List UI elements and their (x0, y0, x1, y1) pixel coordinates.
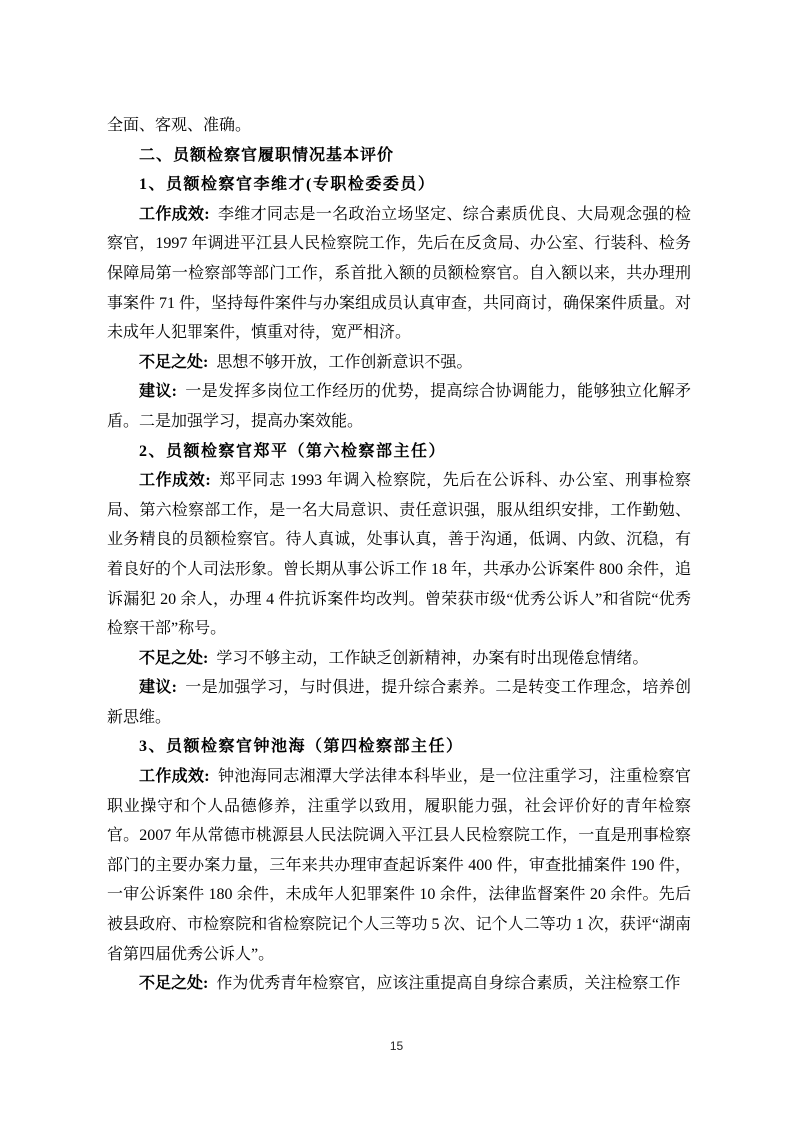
paragraph-label: 建议: (139, 383, 177, 400)
paragraph-label: 建议: (139, 679, 177, 696)
paragraph-label: 工作成效: (139, 206, 210, 223)
paragraph-prosecutor-2-suggestions: 建议:一是加强学习，与时俱进，提升综合素养。二是转变工作理念，培养创新思维。 (107, 673, 691, 732)
paragraph-prosecutor-2-shortcomings: 不足之处:学习不够主动，工作缺乏创新精神，办案有时出现倦怠情绪。 (107, 644, 691, 674)
section-heading-2: 二、员额检察官履职情况基本评价 (107, 141, 691, 171)
paragraph-text: 学习不够主动，工作缺乏创新精神，办案有时出现倦怠情绪。 (216, 650, 648, 667)
paragraph-prosecutor-1-shortcomings: 不足之处:思想不够开放，工作创新意识不强。 (107, 348, 691, 378)
page-number: 15 (0, 1039, 793, 1053)
paragraph-text: 思想不够开放，工作创新意识不强。 (216, 354, 472, 371)
paragraph-text: 钟池海同志湘潭大学法律本科毕业，是一位注重学习，注重检察官职业操守和个人品德修养… (107, 768, 691, 963)
paragraph-text: 作为优秀青年检察官，应该注重提高自身综合素质，关注检察工作 (216, 975, 680, 992)
paragraph-text: 郑平同志 1993 年调入检察院，先后在公诉科、办公室、刑事检察局、第六检察部工… (107, 472, 691, 637)
paragraph-continuation: 全面、客观、准确。 (107, 111, 691, 141)
paragraph-label: 工作成效: (139, 472, 211, 489)
item-heading-prosecutor-2: 2、员额检察官郑平（第六检察部主任） (107, 437, 691, 467)
document-page: 全面、客观、准确。 二、员额检察官履职情况基本评价 1、员额检察官李维才(专职检… (0, 0, 793, 1122)
paragraph-prosecutor-1-achievements: 工作成效:李维才同志是一名政治立场坚定、综合素质优良、大局观念强的检察官，199… (107, 200, 691, 348)
paragraph-label: 不足之处: (139, 650, 208, 667)
paragraph-prosecutor-3-shortcomings: 不足之处:作为优秀青年检察官，应该注重提高自身综合素质，关注检察工作 (107, 969, 691, 999)
item-heading-prosecutor-3: 3、员额检察官钟池海（第四检察部主任） (107, 732, 691, 762)
paragraph-prosecutor-2-achievements: 工作成效:郑平同志 1993 年调入检察院，先后在公诉科、办公室、刑事检察局、第… (107, 466, 691, 644)
paragraph-text: 一是发挥多岗位工作经历的优势，提高综合协调能力，能够独立化解矛盾。二是加强学习，… (107, 383, 691, 430)
paragraph-text: 一是加强学习，与时俱进，提升综合素养。二是转变工作理念，培养创新思维。 (107, 679, 691, 726)
paragraph-label: 不足之处: (139, 354, 208, 371)
paragraph-label: 工作成效: (139, 768, 210, 785)
paragraph-label: 不足之处: (139, 975, 208, 992)
item-heading-prosecutor-1: 1、员额检察官李维才(专职检委委员） (107, 170, 691, 200)
paragraph-prosecutor-1-suggestions: 建议:一是发挥多岗位工作经历的优势，提高综合协调能力，能够独立化解矛盾。二是加强… (107, 377, 691, 436)
paragraph-prosecutor-3-achievements: 工作成效:钟池海同志湘潭大学法律本科毕业，是一位注重学习，注重检察官职业操守和个… (107, 762, 691, 969)
document-body: 全面、客观、准确。 二、员额检察官履职情况基本评价 1、员额检察官李维才(专职检… (107, 111, 691, 999)
paragraph-text: 李维才同志是一名政治立场坚定、综合素质优良、大局观念强的检察官，1997 年调进… (107, 206, 691, 341)
